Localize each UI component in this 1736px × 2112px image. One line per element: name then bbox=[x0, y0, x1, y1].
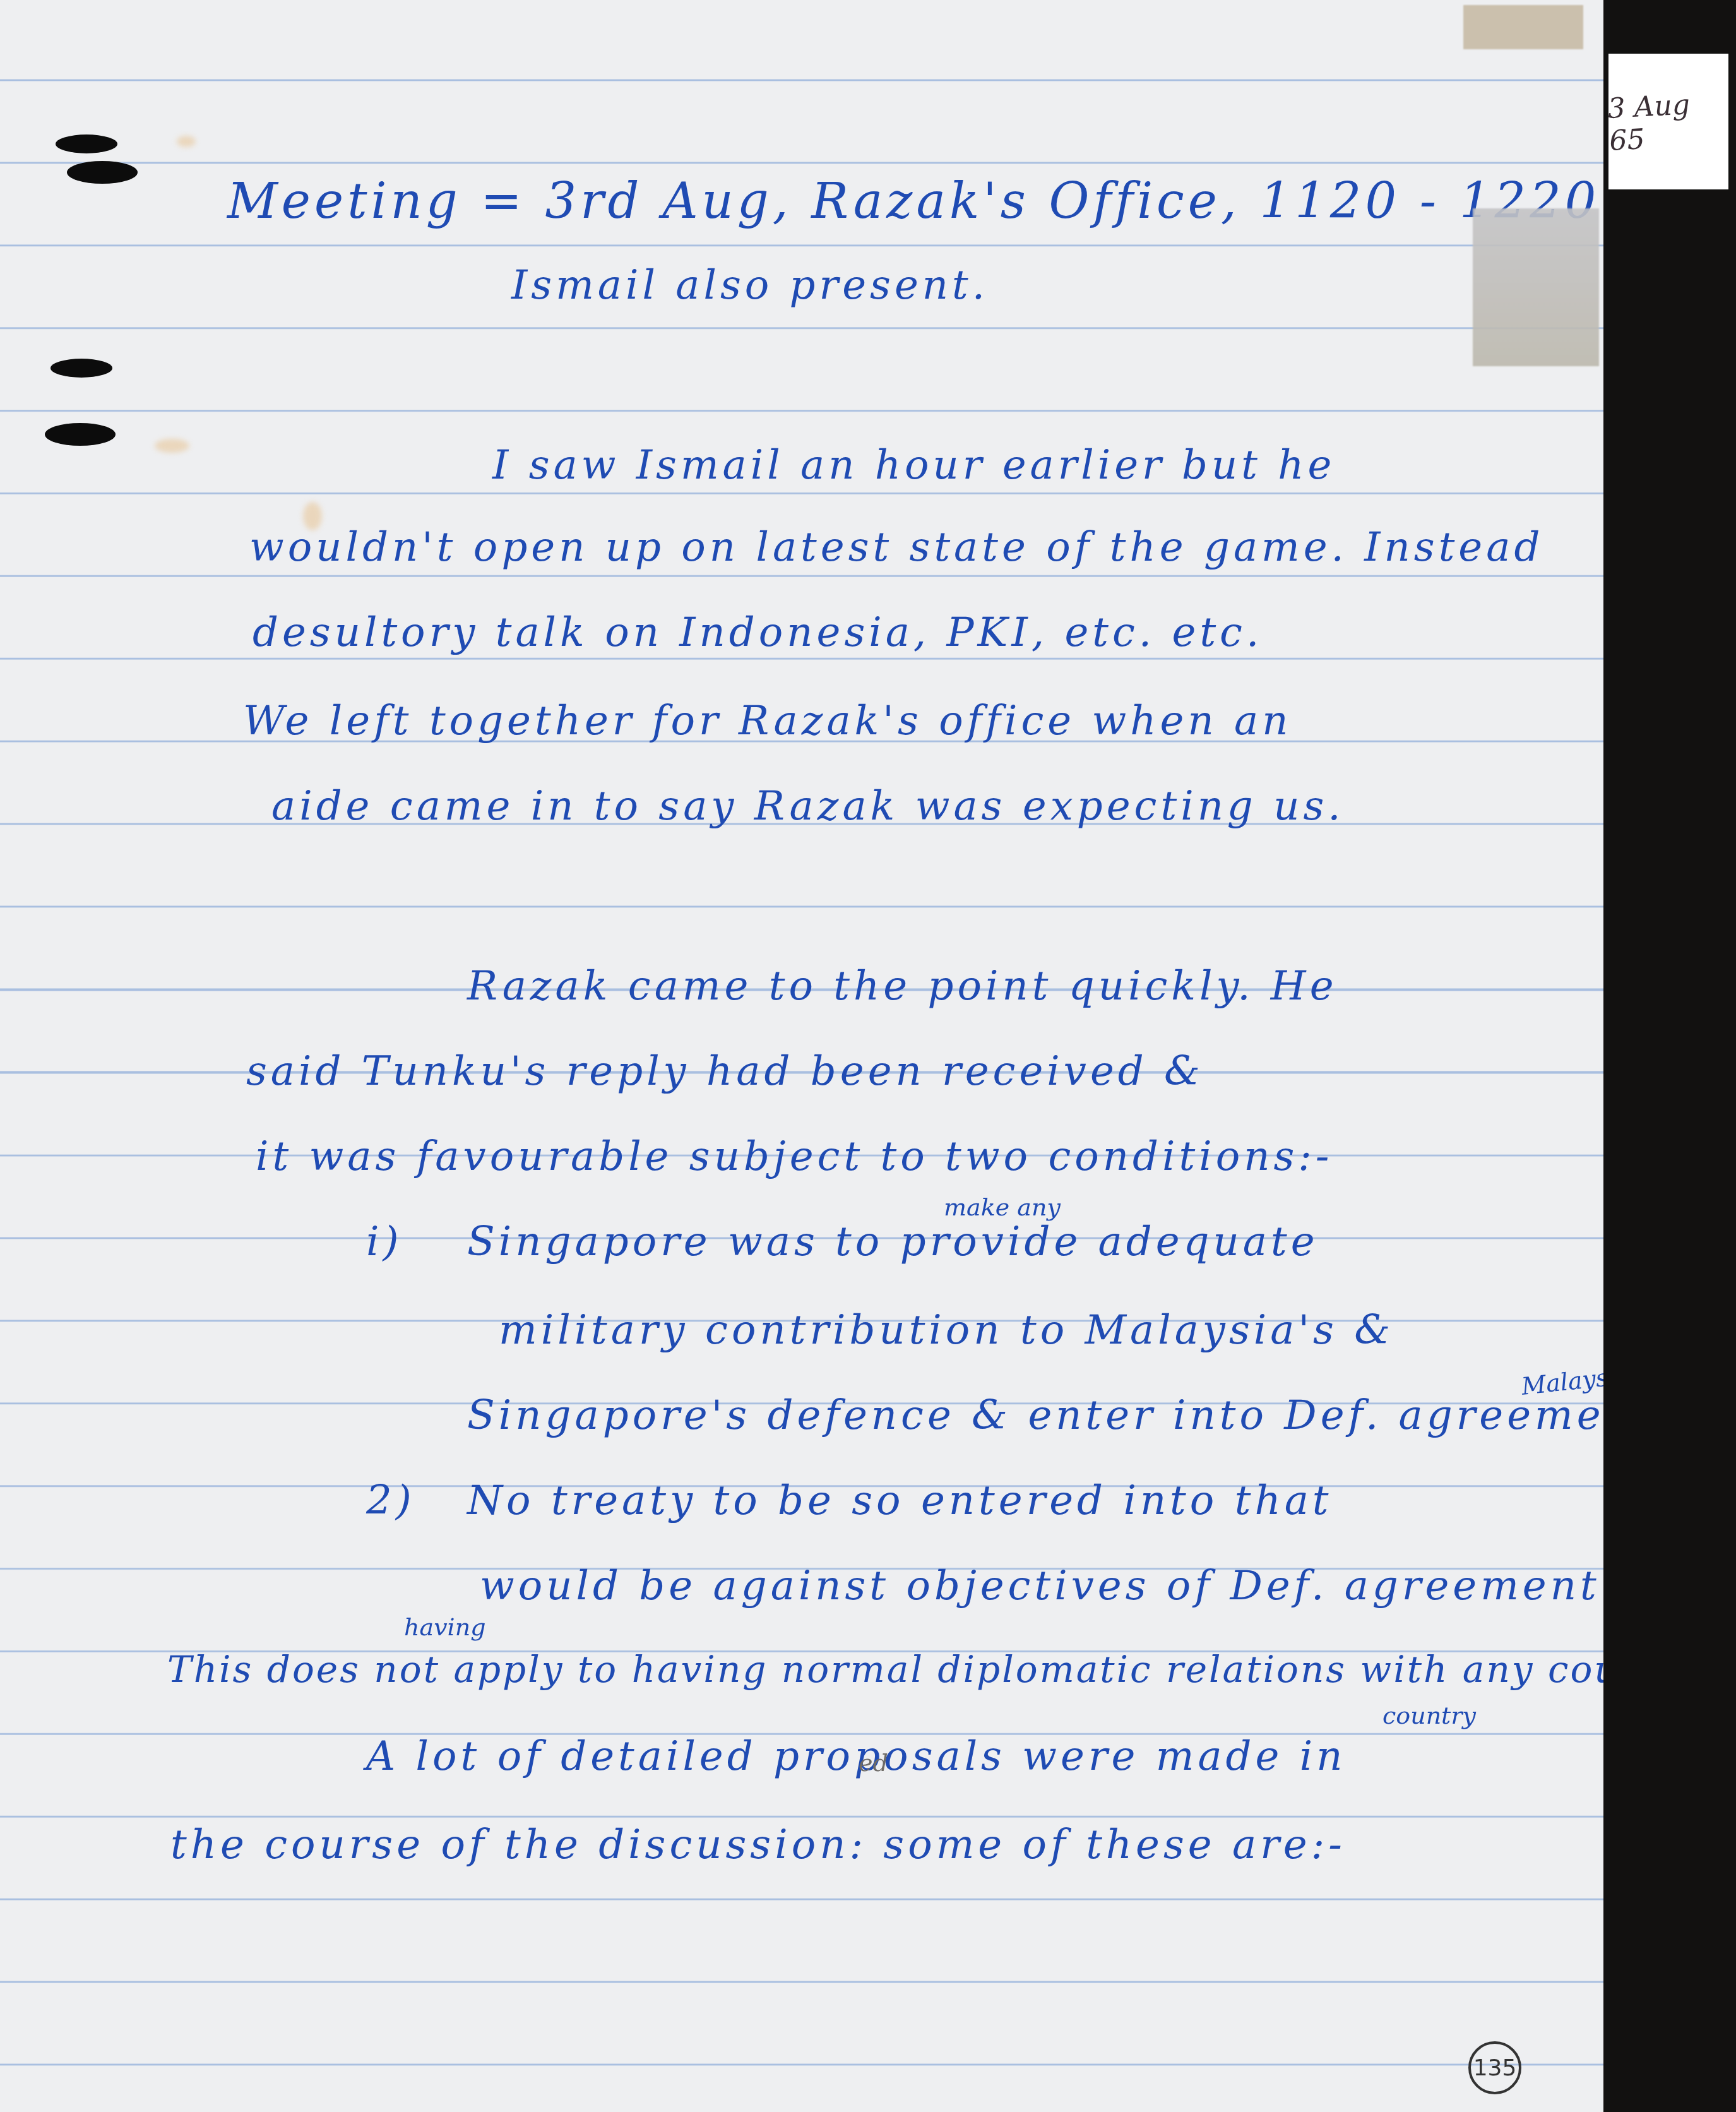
condition-1-line-2: military contribution to Malaysia's & bbox=[499, 1310, 1394, 1351]
tape-strip bbox=[1473, 208, 1599, 366]
heading-line-2: Ismail also present. bbox=[511, 265, 989, 306]
page-number-stamp: 135 bbox=[1468, 2041, 1521, 2094]
paragraph-1-line-5: aide came in to say Razak was expecting … bbox=[271, 786, 1345, 826]
dark-backing-board bbox=[1603, 0, 1736, 2112]
punch-hole bbox=[51, 359, 112, 378]
condition-2-line-2: would be against objectives of Def. agre… bbox=[480, 1566, 1617, 1606]
paragraph-2-line-2: said Tunku's reply had been received & bbox=[246, 1051, 1204, 1092]
paper-stain bbox=[155, 439, 189, 453]
notebook-page: Meeting = 3rd Aug, Razak's Office, 1120 … bbox=[0, 0, 1603, 2112]
paragraph-2-line-1: Razak came to the point quickly. He bbox=[467, 966, 1338, 1006]
paper-stain bbox=[177, 136, 196, 147]
closing-insertion-country: country bbox=[1382, 1702, 1476, 1729]
condition-1-line-1: Singapore was to provide adequate bbox=[467, 1222, 1319, 1262]
punch-hole bbox=[56, 134, 117, 153]
tape-strip bbox=[1463, 5, 1583, 49]
condition-2-number: 2) bbox=[366, 1481, 415, 1521]
closing-line-3: the course of the discussion: some of th… bbox=[170, 1825, 1346, 1865]
condition-1-line-3: Singapore's defence & enter into Def. ag… bbox=[467, 1395, 1736, 1436]
paragraph-1-line-3: desultory talk on Indonesia, PKI, etc. e… bbox=[253, 612, 1263, 653]
paragraph-1-line-4: We left together for Razak's office when… bbox=[243, 701, 1292, 741]
date-label: 3 Aug 65 bbox=[1607, 87, 1730, 157]
punch-hole bbox=[45, 423, 116, 446]
closing-insertion-having: having bbox=[404, 1613, 486, 1641]
date-label-card: 3 Aug 65 bbox=[1608, 54, 1728, 189]
condition-1-number: i) bbox=[366, 1222, 402, 1262]
closing-line-2: A lot of detailed proposals were made in bbox=[366, 1736, 1346, 1777]
paragraph-1-line-1: I saw Ismail an hour earlier but he bbox=[492, 445, 1335, 486]
pencil-correction: ed bbox=[859, 1749, 888, 1777]
paragraph-2-line-3: it was favourable subject to two conditi… bbox=[256, 1137, 1333, 1177]
punch-hole bbox=[67, 161, 138, 184]
condition-1-insertion: make any bbox=[944, 1193, 1061, 1221]
closing-line-1: This does not apply to having normal dip… bbox=[167, 1651, 1713, 1688]
page-number: 135 bbox=[1473, 2055, 1517, 2081]
paragraph-1-line-2: wouldn't open up on latest state of the … bbox=[249, 527, 1543, 568]
condition-2-line-1: No treaty to be so entered into that bbox=[467, 1481, 1333, 1521]
